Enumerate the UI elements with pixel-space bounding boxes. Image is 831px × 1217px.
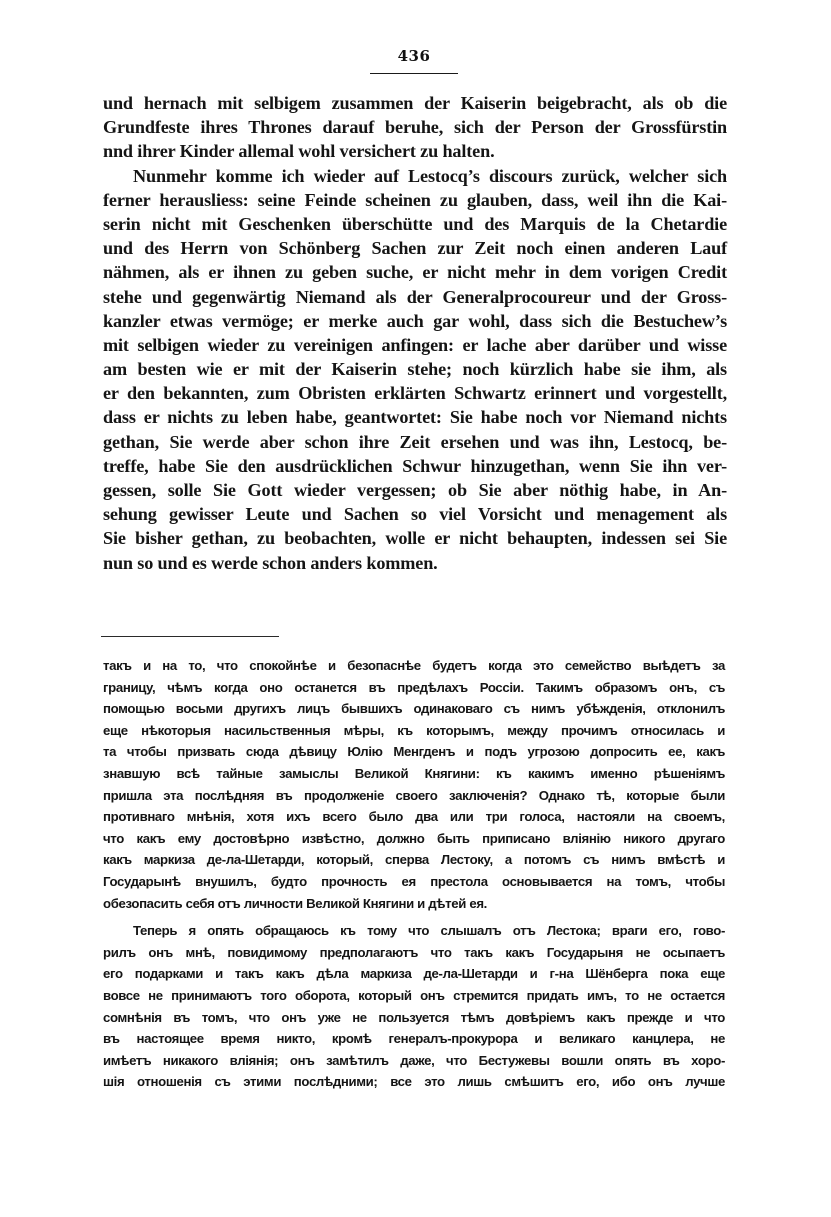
- footnote-line: въ настоящее время никто, кромѣ генералъ…: [103, 1028, 725, 1050]
- footnote-divider: [101, 636, 279, 637]
- main-paragraph-2: Nunmehr komme ich wieder auf Lestocq’s d…: [103, 164, 727, 575]
- footnote-line: Теперь я опять обращаюсь къ тому что слы…: [103, 920, 725, 942]
- footnote-line: что какъ ему достовѣрно извѣстно, должно…: [103, 828, 725, 850]
- text-line: stehe und gegenwärtig Niemand als der Ge…: [103, 285, 727, 309]
- text-line: sehung gewisser Leute und Sachen so viel…: [103, 502, 727, 526]
- footnote-line: знавшую всѣ тайные замыслы Великой Княги…: [103, 763, 725, 785]
- text-line: mit selbigen wieder zu vereinigen anfing…: [103, 333, 727, 357]
- text-line: ferner herausliess: seine Feinde scheine…: [103, 188, 727, 212]
- footnote-line: его подарками и такъ какъ дѣла маркиза д…: [103, 963, 725, 985]
- page-number: 436: [370, 46, 458, 66]
- text-line: nähmen, als er ihnen zu geben suche, er …: [103, 260, 727, 284]
- text-line: nnd ihrer Kinder allemal wohl versichert…: [103, 139, 727, 163]
- text-line: serin nicht mit Geschenken überschütte u…: [103, 212, 727, 236]
- text-line: und des Herrn von Schönberg Sachen zur Z…: [103, 236, 727, 260]
- footnote-line: помощью восьми другихъ лицъ бывшихъ один…: [103, 698, 725, 720]
- footnote-line: Государынѣ внушилъ, будто прочность ея п…: [103, 871, 725, 893]
- footnote-line: обезопасить себя отъ личности Великой Кн…: [103, 893, 725, 915]
- text-line: Sie bisher gethan, zu beobachten, wolle …: [103, 526, 727, 550]
- footnote-line: границу, чѣмъ когда оно останется въ пре…: [103, 677, 725, 699]
- main-text: und hernach mit selbigem zusammen der Ka…: [103, 91, 727, 575]
- footnote-line: имѣетъ никакого вліянія; онъ замѣтилъ да…: [103, 1050, 725, 1072]
- page-number-rule: [370, 73, 458, 74]
- footnote: такъ и на то, что спокойнѣе и безопаснѣе…: [103, 655, 725, 1093]
- text-line: am besten wie er mit der Kaiserin stehe;…: [103, 357, 727, 381]
- footnote-line: та чтобы призвать сюда дѣвицу Юлію Менгд…: [103, 741, 725, 763]
- footnote-line: такъ и на то, что спокойнѣе и безопаснѣе…: [103, 655, 725, 677]
- text-line: gessen, solle Sie Gott wieder vergessen;…: [103, 478, 727, 502]
- footnote-line: рилъ онъ мнѣ, повидимому предполагаютъ ч…: [103, 942, 725, 964]
- text-line: nun so und es werde schon anders kommen.: [103, 551, 727, 575]
- text-line: dass er nichts zu leben habe, geantworte…: [103, 405, 727, 429]
- main-paragraph-1: und hernach mit selbigem zusammen der Ka…: [103, 91, 727, 164]
- footnote-line: вовсе не принимаютъ того оборота, которы…: [103, 985, 725, 1007]
- footnote-line: сомнѣнія въ томъ, что онъ уже не пользуе…: [103, 1007, 725, 1029]
- footnote-line: пришла эта послѣдняя въ продолженіе свое…: [103, 785, 725, 807]
- footnote-line: какъ маркиза де-ла-Шетарди, который, спе…: [103, 849, 725, 871]
- footnote-line: шія отношенія съ этими послѣдними; все э…: [103, 1071, 725, 1093]
- footnote-paragraph-2: Теперь я опять обращаюсь къ тому что слы…: [103, 920, 725, 1093]
- text-line: er den bekannten, zum Obristen erklärten…: [103, 381, 727, 405]
- text-line: gethan, Sie werde aber schon ihre Zeit e…: [103, 430, 727, 454]
- text-line: treffe, habe Sie den ausdrücklichen Schw…: [103, 454, 727, 478]
- text-line: Grundfeste ihres Thrones darauf beruhe, …: [103, 115, 727, 139]
- footnote-paragraph-1: такъ и на то, что спокойнѣе и безопаснѣе…: [103, 655, 725, 914]
- footnote-line: еще нѣкоторыя насильственныя мѣры, къ ко…: [103, 720, 725, 742]
- text-line: kanzler etwas vermöge; er merke auch gar…: [103, 309, 727, 333]
- text-line: und hernach mit selbigem zusammen der Ka…: [103, 91, 727, 115]
- footnote-line: противнаго мнѣнія, хотя ихъ всего было д…: [103, 806, 725, 828]
- text-line: Nunmehr komme ich wieder auf Lestocq’s d…: [103, 164, 727, 188]
